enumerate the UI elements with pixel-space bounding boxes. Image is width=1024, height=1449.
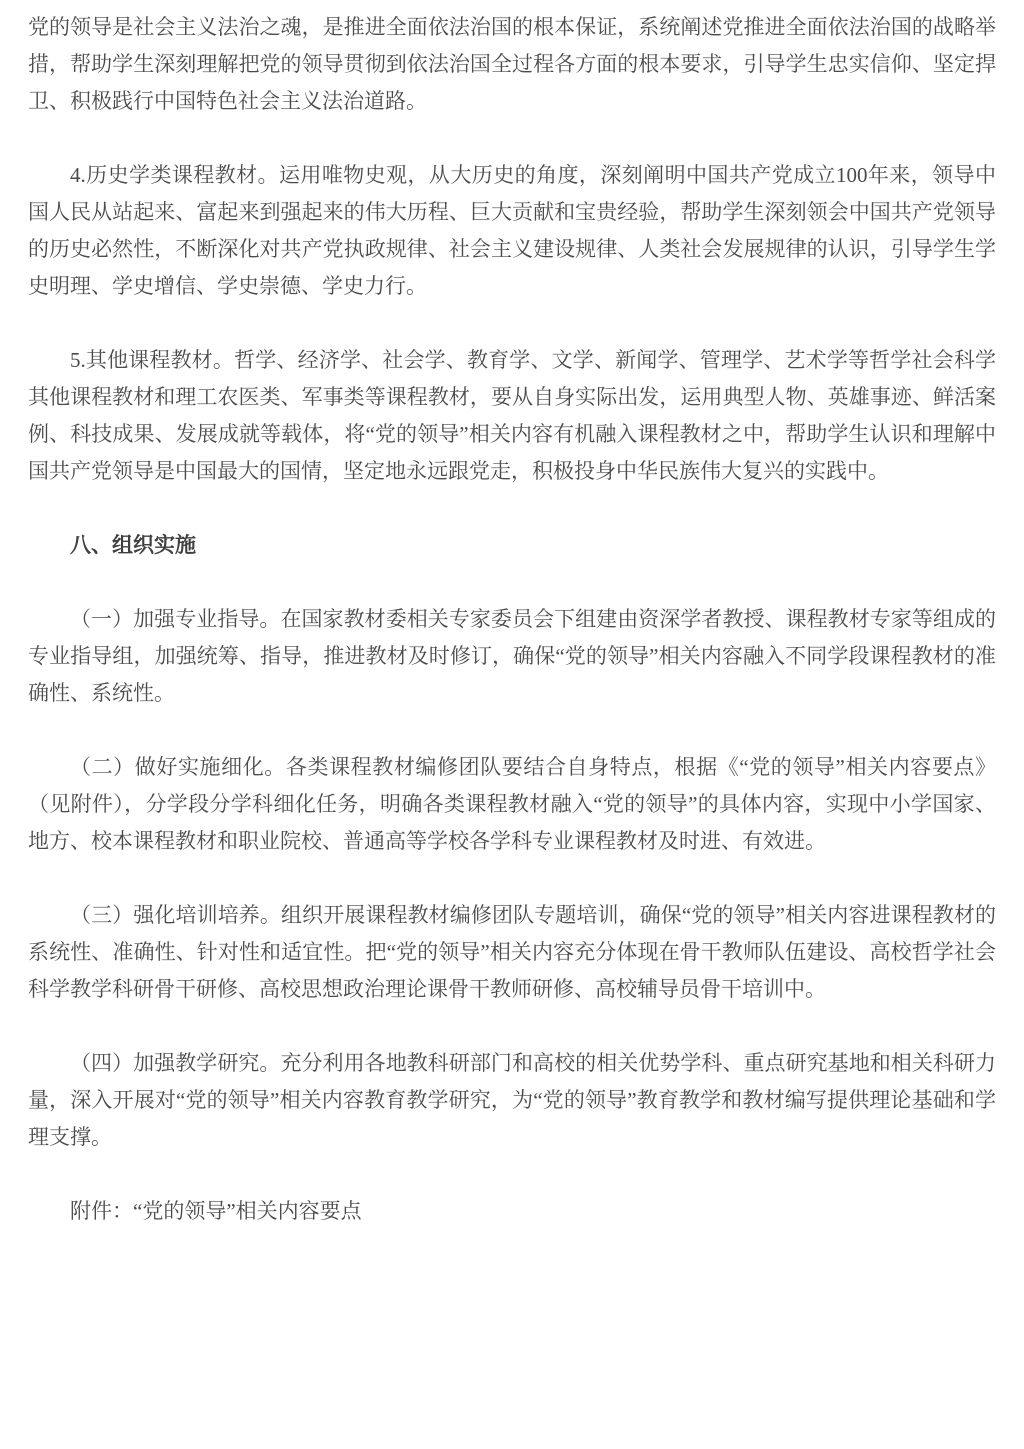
- attachment-note: 附件：“党的领导”相关内容要点: [28, 1193, 996, 1230]
- body-paragraph-continuation: 党的领导是社会主义法治之魂，是推进全面依法治国的根本保证，系统阐述党推进全面依法…: [28, 9, 996, 120]
- document-page: 党的领导是社会主义法治之魂，是推进全面依法治国的根本保证，系统阐述党推进全面依法…: [0, 0, 1024, 1449]
- body-paragraph-sub-2: （二）做好实施细化。各类课程教材编修团队要结合自身特点，根据《“党的领导”相关内…: [28, 749, 996, 860]
- body-paragraph-sub-4: （四）加强教学研究。充分利用各地教科研部门和高校的相关优势学科、重点研究基地和相…: [28, 1045, 996, 1156]
- body-paragraph-item-4: 4.历史学类课程教材。运用唯物史观，从大历史的角度，深刻阐明中国共产党成立100…: [28, 157, 996, 305]
- body-paragraph-item-5: 5.其他课程教材。哲学、经济学、社会学、教育学、文学、新闻学、管理学、艺术学等哲…: [28, 342, 996, 490]
- body-paragraph-sub-1: （一）加强专业指导。在国家教材委相关专家委员会下组建由资深学者教授、课程教材专家…: [28, 601, 996, 712]
- section-heading: 八、组织实施: [28, 527, 996, 564]
- body-paragraph-sub-3: （三）强化培训培养。组织开展课程教材编修团队专题培训，确保“党的领导”相关内容进…: [28, 897, 996, 1008]
